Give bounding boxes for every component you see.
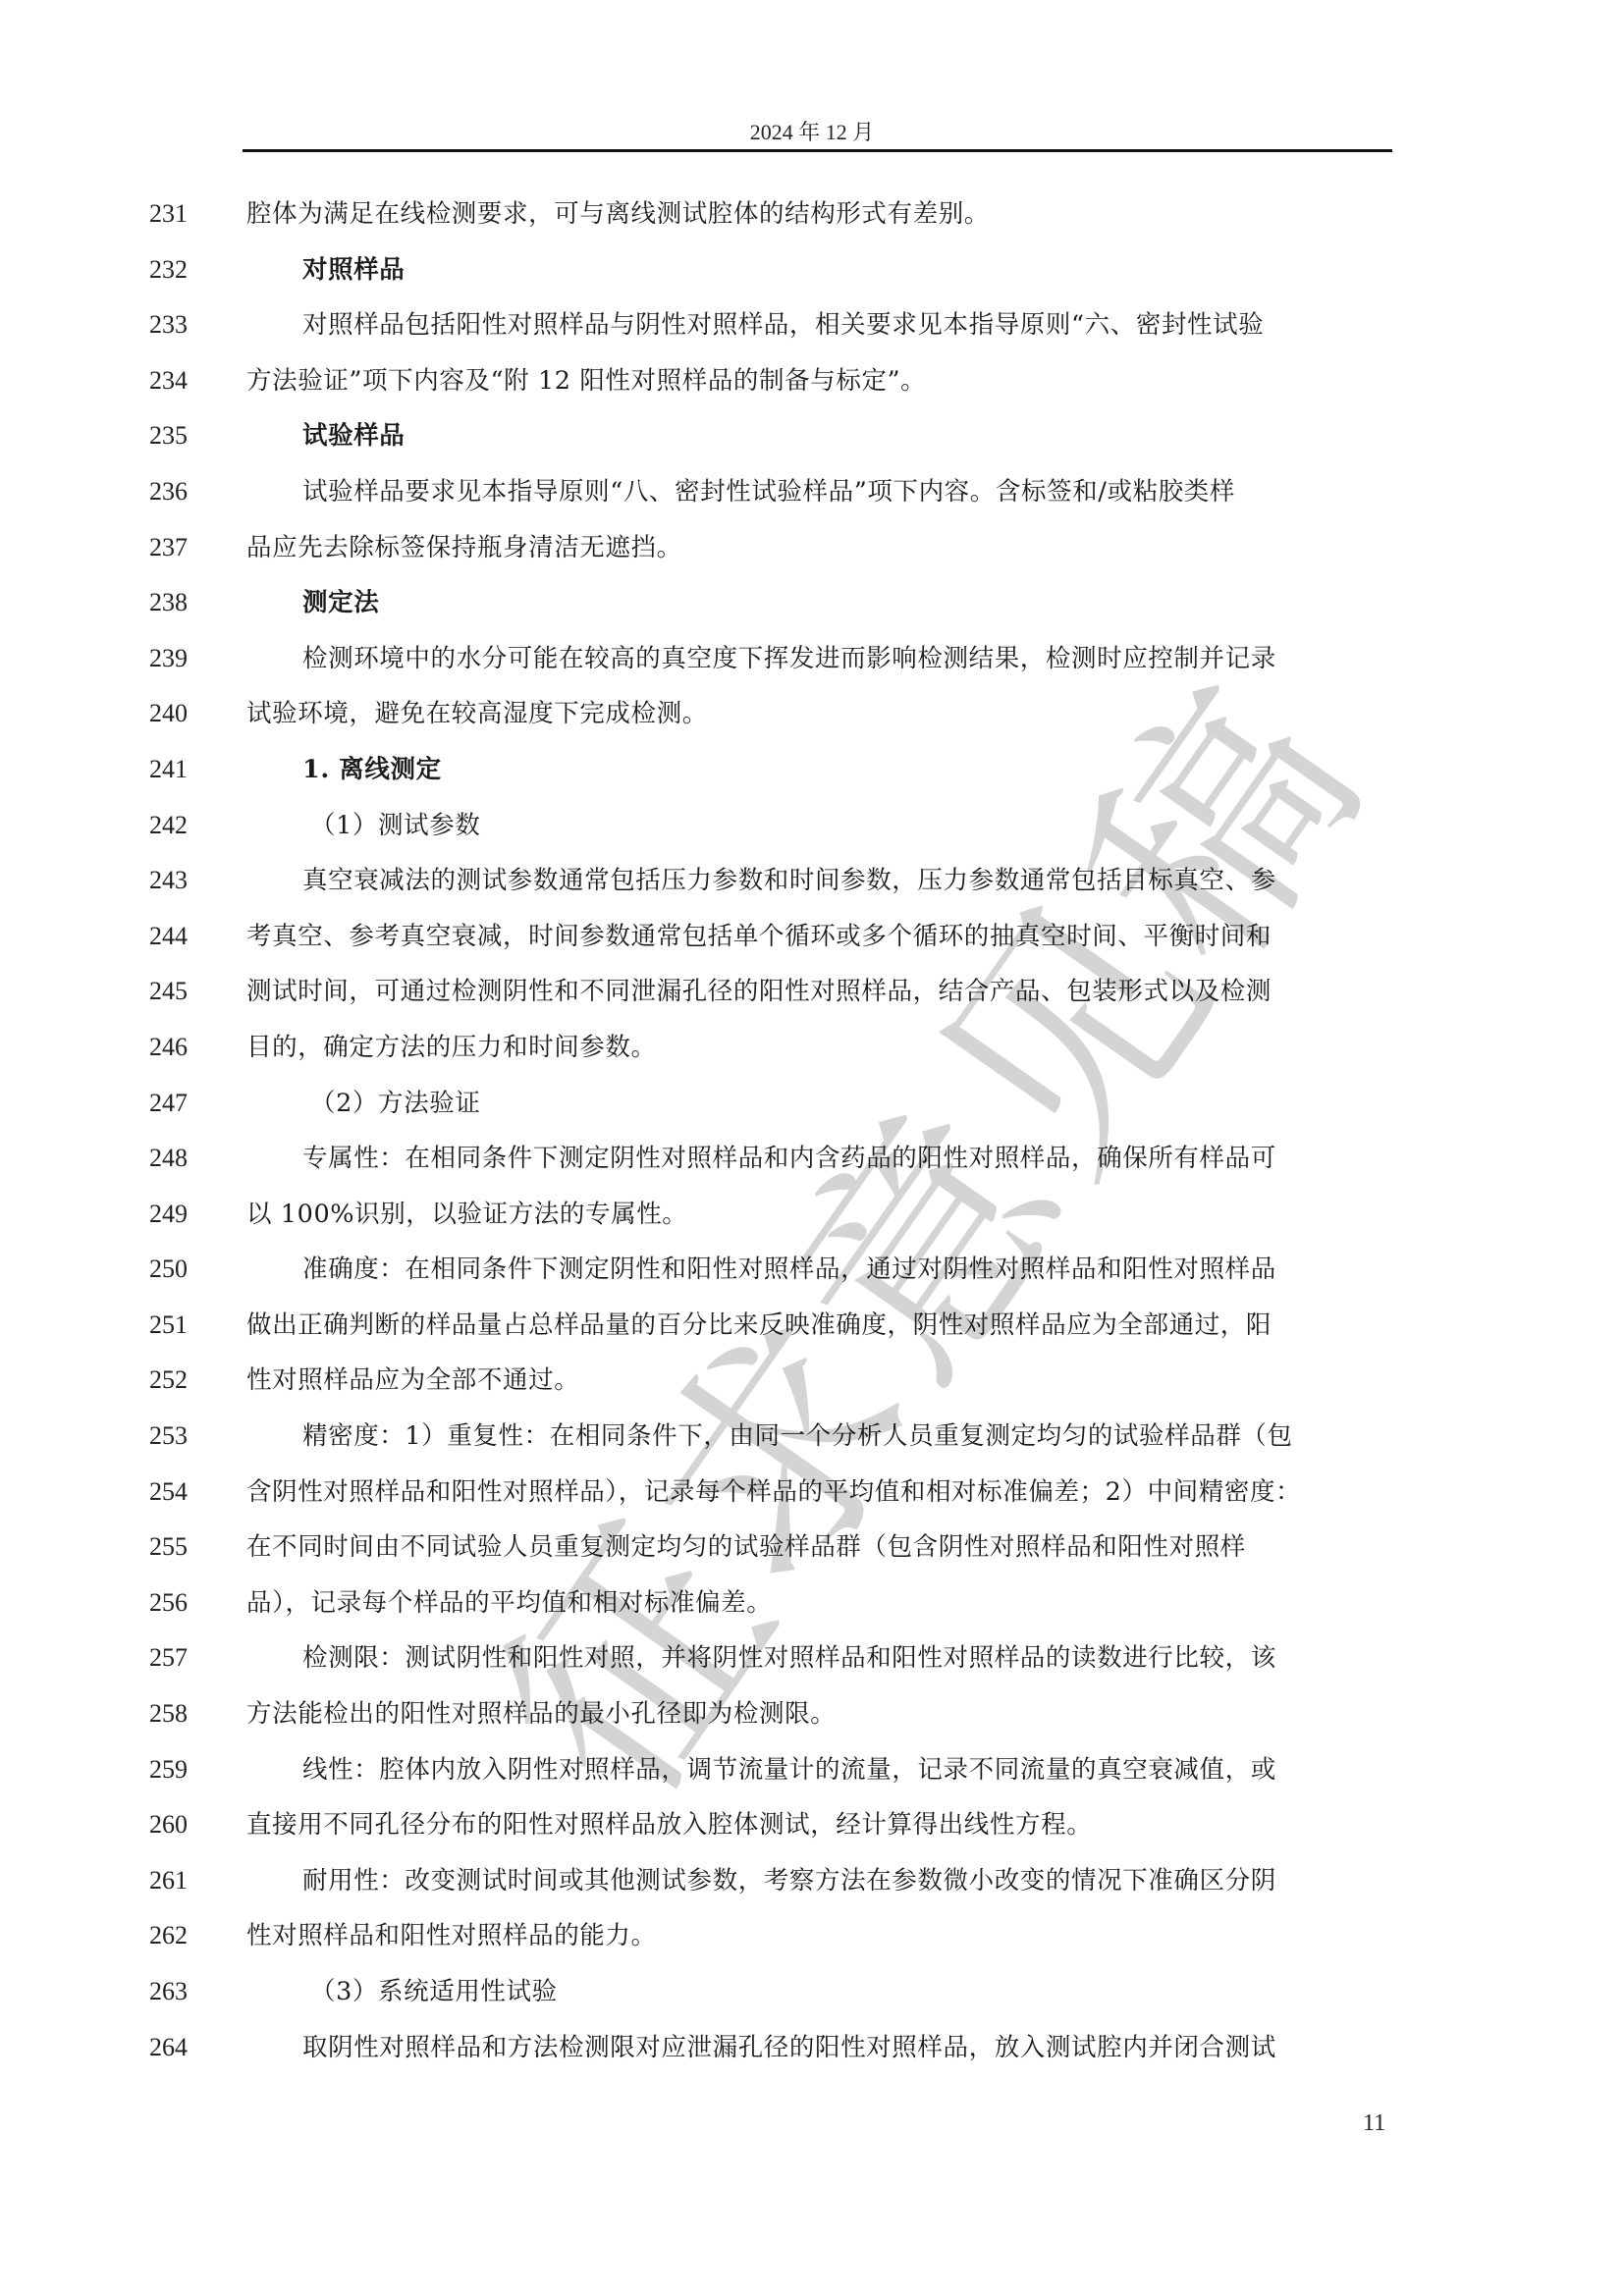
line-text: 精密度：1）重复性：在相同条件下，由同一个分析人员重复测定均匀的试验样品群（包 (302, 1415, 1392, 1458)
numbered-line: 246目的，确定方法的压力和时间参数。 (0, 1026, 1624, 1082)
numbered-line: 248专属性：在相同条件下测定阴性对照样品和内含药品的阳性对照样品，确保所有样品… (0, 1137, 1624, 1193)
line-text: 品应先去除标签保持瓶身清洁无遮挡。 (246, 526, 1392, 569)
numbered-line: 231腔体为满足在线检测要求，可与离线测试腔体的结构形式有差别。 (0, 192, 1624, 248)
line-text: 线性：腔体内放入阴性对照样品，调节流量计的流量，记录不同流量的真空衰减值，或 (302, 1748, 1392, 1791)
line-number: 259 (149, 1748, 208, 1791)
line-text: 真空衰减法的测试参数通常包括压力参数和时间参数，压力参数通常包括目标真空、参 (302, 859, 1392, 902)
line-number: 238 (149, 581, 208, 624)
line-number: 242 (149, 804, 208, 847)
line-number: 236 (149, 470, 208, 513)
line-number: 255 (149, 1525, 208, 1569)
subsection-heading: （3）系统适用性试验 (310, 1970, 1392, 2013)
numbered-line: 236试验样品要求见本指导原则“八、密封性试验样品”项下内容。含标签和/或粘胶类… (0, 470, 1624, 526)
numbered-line: 238测定法 (0, 581, 1624, 637)
numbered-line: 233对照样品包括阳性对照样品与阴性对照样品，相关要求见本指导原则“六、密封性试… (0, 303, 1624, 359)
line-text: 测试时间，可通过检测阴性和不同泄漏孔径的阳性对照样品，结合产品、包装形式以及检测 (246, 970, 1392, 1013)
numbered-line: 257检测限：测试阴性和阳性对照，并将阴性对照样品和阳性对照样品的读数进行比较，… (0, 1636, 1624, 1692)
line-number: 256 (149, 1581, 208, 1625)
line-text: 在不同时间由不同试验人员重复测定均匀的试验样品群（包含阴性对照样品和阳性对照样 (246, 1525, 1392, 1569)
line-number: 240 (149, 692, 208, 735)
numbered-line: 253精密度：1）重复性：在相同条件下，由同一个分析人员重复测定均匀的试验样品群… (0, 1415, 1624, 1470)
numbered-line: 252性对照样品应为全部不通过。 (0, 1359, 1624, 1415)
numbered-line: 249以 100%识别，以验证方法的专属性。 (0, 1193, 1624, 1249)
line-text: 检测环境中的水分可能在较高的真空度下挥发进而影响检测结果，检测时应控制并记录 (302, 637, 1392, 680)
line-number: 234 (149, 359, 208, 402)
line-number: 233 (149, 303, 208, 347)
line-number: 261 (149, 1859, 208, 1902)
line-text: 方法验证”项下内容及“附 12 阳性对照样品的制备与标定”。 (246, 359, 1392, 402)
numbered-line: 250准确度：在相同条件下测定阴性和阳性对照样品，通过对阴性对照样品和阳性对照样… (0, 1248, 1624, 1304)
line-number: 253 (149, 1415, 208, 1458)
line-number: 247 (149, 1082, 208, 1125)
section-heading: 对照样品 (302, 248, 1392, 292)
numbered-line: 261耐用性：改变测试时间或其他测试参数，考察方法在参数微小改变的情况下准确区分… (0, 1859, 1624, 1915)
numbered-line: 254含阴性对照样品和阳性对照样品），记录每个样品的平均值和相对标准偏差；2）中… (0, 1470, 1624, 1526)
line-number: 252 (149, 1359, 208, 1402)
line-text: 腔体为满足在线检测要求，可与离线测试腔体的结构形式有差别。 (246, 192, 1392, 236)
numbered-line: 235试验样品 (0, 414, 1624, 470)
line-number: 258 (149, 1692, 208, 1735)
line-number: 231 (149, 192, 208, 236)
line-number: 237 (149, 526, 208, 569)
line-text: 方法能检出的阳性对照样品的最小孔径即为检测限。 (246, 1692, 1392, 1735)
line-number: 264 (149, 2026, 208, 2069)
header-divider (243, 149, 1392, 152)
section-heading: 1. 离线测定 (302, 748, 1392, 791)
numbered-line: 256品），记录每个样品的平均值和相对标准偏差。 (0, 1581, 1624, 1637)
line-text: 品），记录每个样品的平均值和相对标准偏差。 (246, 1581, 1392, 1625)
line-number: 243 (149, 859, 208, 902)
numbered-line: 245测试时间，可通过检测阴性和不同泄漏孔径的阳性对照样品，结合产品、包装形式以… (0, 970, 1624, 1026)
section-heading: 试验样品 (302, 414, 1392, 457)
line-number: 244 (149, 915, 208, 958)
numbered-line: 244考真空、参考真空衰减，时间参数通常包括单个循环或多个循环的抽真空时间、平衡… (0, 915, 1624, 971)
section-heading: 测定法 (302, 581, 1392, 624)
subsection-heading: （1）测试参数 (310, 804, 1392, 847)
numbered-line: 262性对照样品和阳性对照样品的能力。 (0, 1914, 1624, 1970)
line-number: 251 (149, 1304, 208, 1347)
line-text: 准确度：在相同条件下测定阴性和阳性对照样品，通过对阴性对照样品和阳性对照样品 (302, 1248, 1392, 1291)
line-number: 245 (149, 970, 208, 1013)
line-text: 耐用性：改变测试时间或其他测试参数，考察方法在参数微小改变的情况下准确区分阴 (302, 1859, 1392, 1902)
numbered-line: 234方法验证”项下内容及“附 12 阳性对照样品的制备与标定”。 (0, 359, 1624, 415)
numbered-line: 263（3）系统适用性试验 (0, 1970, 1624, 2026)
numbered-line: 255在不同时间由不同试验人员重复测定均匀的试验样品群（包含阴性对照样品和阳性对… (0, 1525, 1624, 1581)
line-number: 248 (149, 1137, 208, 1180)
line-number: 257 (149, 1636, 208, 1680)
line-number: 239 (149, 637, 208, 680)
line-number: 235 (149, 414, 208, 457)
line-number: 262 (149, 1914, 208, 1957)
numbered-line: 232对照样品 (0, 248, 1624, 304)
line-text: 对照样品包括阳性对照样品与阴性对照样品，相关要求见本指导原则“六、密封性试验 (302, 303, 1392, 347)
line-number: 249 (149, 1193, 208, 1236)
numbered-line: 258方法能检出的阳性对照样品的最小孔径即为检测限。 (0, 1692, 1624, 1748)
line-number: 232 (149, 248, 208, 292)
line-text: 取阴性对照样品和方法检测限对应泄漏孔径的阳性对照样品，放入测试腔内并闭合测试 (302, 2026, 1392, 2069)
line-number: 254 (149, 1470, 208, 1514)
line-text: 做出正确判断的样品量占总样品量的百分比来反映准确度，阴性对照样品应为全部通过，阳 (246, 1304, 1392, 1347)
numbered-line: 240试验环境，避免在较高湿度下完成检测。 (0, 692, 1624, 748)
numbered-line: 259线性：腔体内放入阴性对照样品，调节流量计的流量，记录不同流量的真空衰减值，… (0, 1748, 1624, 1804)
line-text: 性对照样品和阳性对照样品的能力。 (246, 1914, 1392, 1957)
line-text: 目的，确定方法的压力和时间参数。 (246, 1026, 1392, 1069)
line-text: 直接用不同孔径分布的阳性对照样品放入腔体测试，经计算得出线性方程。 (246, 1803, 1392, 1846)
line-number: 260 (149, 1803, 208, 1846)
line-text: 性对照样品应为全部不通过。 (246, 1359, 1392, 1402)
line-text: 专属性：在相同条件下测定阴性对照样品和内含药品的阳性对照样品，确保所有样品可 (302, 1137, 1392, 1180)
numbered-line: 239检测环境中的水分可能在较高的真空度下挥发进而影响检测结果，检测时应控制并记… (0, 637, 1624, 693)
line-text: 考真空、参考真空衰减，时间参数通常包括单个循环或多个循环的抽真空时间、平衡时间和 (246, 915, 1392, 958)
numbered-line: 251做出正确判断的样品量占总样品量的百分比来反映准确度，阴性对照样品应为全部通… (0, 1304, 1624, 1360)
line-number: 263 (149, 1970, 208, 2013)
line-number: 250 (149, 1248, 208, 1291)
numbered-line: 264取阴性对照样品和方法检测限对应泄漏孔径的阳性对照样品，放入测试腔内并闭合测… (0, 2026, 1624, 2082)
numbered-line: 247（2）方法验证 (0, 1082, 1624, 1138)
line-number: 241 (149, 748, 208, 791)
numbered-line: 237品应先去除标签保持瓶身清洁无遮挡。 (0, 526, 1624, 582)
numbered-line: 243真空衰减法的测试参数通常包括压力参数和时间参数，压力参数通常包括目标真空、… (0, 859, 1624, 915)
line-text: 以 100%识别，以验证方法的专属性。 (246, 1193, 1392, 1236)
document-body: 231腔体为满足在线检测要求，可与离线测试腔体的结构形式有差别。232对照样品2… (0, 192, 1624, 2081)
numbered-line: 2411. 离线测定 (0, 748, 1624, 804)
line-number: 246 (149, 1026, 208, 1069)
page-header-date: 2024 年 12 月 (0, 116, 1624, 146)
numbered-line: 242（1）测试参数 (0, 804, 1624, 860)
line-text: 含阴性对照样品和阳性对照样品），记录每个样品的平均值和相对标准偏差；2）中间精密… (246, 1470, 1392, 1514)
line-text: 试验样品要求见本指导原则“八、密封性试验样品”项下内容。含标签和/或粘胶类样 (302, 470, 1392, 513)
line-text: 检测限：测试阴性和阳性对照，并将阴性对照样品和阳性对照样品的读数进行比较，该 (302, 1636, 1392, 1680)
subsection-heading: （2）方法验证 (310, 1082, 1392, 1125)
numbered-line: 260直接用不同孔径分布的阳性对照样品放入腔体测试，经计算得出线性方程。 (0, 1803, 1624, 1859)
page-number: 11 (1363, 2110, 1385, 2137)
line-text: 试验环境，避免在较高湿度下完成检测。 (246, 692, 1392, 735)
